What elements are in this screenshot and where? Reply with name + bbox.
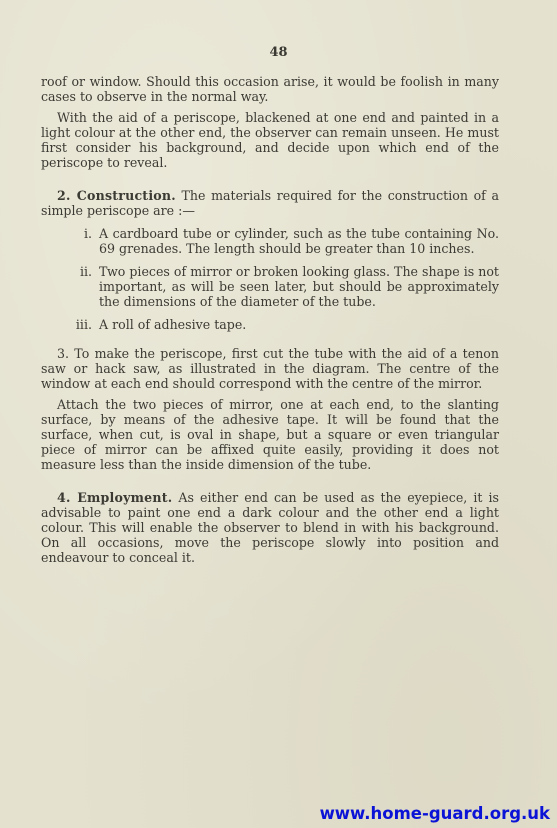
materials-list: i. A cardboard tube or cylinder, such as… — [41, 226, 499, 332]
document-body: roof or window. Should this occasion ari… — [41, 74, 499, 565]
list-item-text: Two pieces of mirror or broken looking g… — [99, 264, 499, 309]
website-link[interactable]: www.home-guard.org.uk — [320, 804, 550, 823]
list-item-text: A cardboard tube or cylinder, such as th… — [99, 226, 499, 256]
list-item: ii. Two pieces of mirror or broken looki… — [41, 264, 499, 309]
section-construction: 2. Construction. The materials required … — [41, 188, 499, 218]
section-3-paragraph-2: Attach the two pieces of mirror, one at … — [41, 397, 499, 472]
list-item-number: i. — [55, 226, 92, 241]
section-employment: 4. Employment. As either end can be used… — [41, 490, 499, 565]
page-number: 48 — [0, 45, 557, 60]
section-heading-employment: 4. Employment. — [57, 490, 172, 505]
list-item-text: A roll of adhesive tape. — [99, 317, 246, 332]
list-item: iii. A roll of adhesive tape. — [41, 317, 499, 332]
intro-paragraph-1: roof or window. Should this occasion ari… — [41, 74, 499, 104]
list-item: i. A cardboard tube or cylinder, such as… — [41, 226, 499, 256]
list-item-number: iii. — [55, 317, 92, 332]
intro-paragraph-2: With the aid of a periscope, blackened a… — [41, 110, 499, 170]
section-3-paragraph-1: 3. To make the periscope, first cut the … — [41, 346, 499, 391]
list-item-number: ii. — [55, 264, 92, 279]
section-heading-construction: 2. Construction. — [57, 188, 176, 203]
